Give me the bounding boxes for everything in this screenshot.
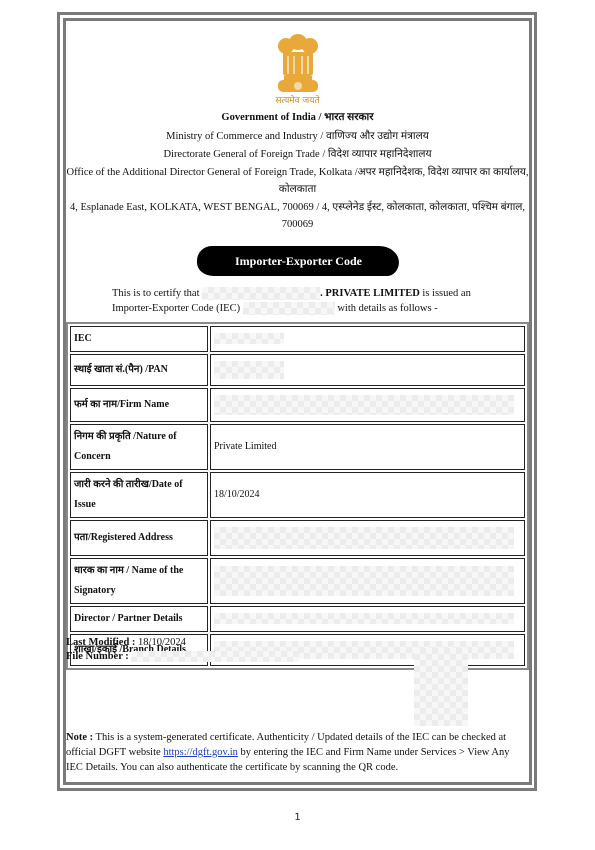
detail-label: स्थाई खाता सं.(पैन) /PAN bbox=[70, 354, 208, 386]
certificate-footer-meta: Last Modified : 18/10/2024 File Number : bbox=[66, 636, 299, 664]
detail-label: निगम की प्रकृति /Nature of Concern bbox=[70, 424, 208, 470]
office-line-1: Office of the Additional Director Genera… bbox=[63, 166, 532, 180]
emblem-motto: सत्यमेव जयते bbox=[0, 93, 595, 106]
file-number: File Number : bbox=[66, 650, 299, 664]
redacted-value bbox=[214, 566, 514, 596]
detail-value bbox=[210, 354, 525, 386]
redacted-iec-number bbox=[243, 302, 335, 315]
table-row: स्थाई खाता सं.(पैन) /PAN bbox=[70, 354, 525, 386]
table-row: IEC bbox=[70, 326, 525, 352]
iec-details-table: IECस्थाई खाता सं.(पैन) /PANफर्म का नाम/F… bbox=[66, 322, 529, 670]
address-line-1: 4, Esplanade East, KOLKATA, WEST BENGAL,… bbox=[63, 201, 532, 215]
table-row: पता/Registered Address bbox=[70, 520, 525, 556]
office-line-2: कोलकाता bbox=[63, 183, 532, 197]
dgft-website-link[interactable]: https://dgft.gov.in bbox=[163, 747, 238, 758]
redacted-file-number bbox=[131, 651, 299, 662]
redacted-company-name bbox=[202, 287, 320, 300]
detail-value bbox=[210, 558, 525, 604]
detail-label: Director / Partner Details bbox=[70, 606, 208, 632]
ministry-line: Ministry of Commerce and Industry / वाणि… bbox=[63, 130, 532, 144]
detail-value bbox=[210, 520, 525, 556]
detail-value: 18/10/2024 bbox=[210, 472, 525, 518]
detail-label: जारी करने की तारीख/Date of Issue bbox=[70, 472, 208, 518]
detail-label: पता/Registered Address bbox=[70, 520, 208, 556]
redacted-value bbox=[214, 395, 514, 415]
table-row: निगम की प्रकृति /Nature of ConcernPrivat… bbox=[70, 424, 525, 470]
detail-label: IEC bbox=[70, 326, 208, 352]
verification-note: Note : This is a system-generated certif… bbox=[66, 730, 526, 775]
table-row: जारी करने की तारीख/Date of Issue18/10/20… bbox=[70, 472, 525, 518]
table-row: फर्म का नाम/Firm Name bbox=[70, 388, 525, 422]
page-number: 1 bbox=[0, 812, 595, 823]
certificate-title-banner: Importer-Exporter Code bbox=[196, 246, 399, 276]
qr-code-icon bbox=[414, 648, 468, 726]
certification-statement: This is to certify that . PRIVATE LIMITE… bbox=[112, 286, 492, 316]
detail-value: Private Limited bbox=[210, 424, 525, 470]
redacted-value bbox=[214, 333, 284, 344]
detail-label: धारक का नाम / Name of the Signatory bbox=[70, 558, 208, 604]
table-row: Director / Partner Details bbox=[70, 606, 525, 632]
address-line-2: 700069 bbox=[63, 218, 532, 232]
detail-value bbox=[210, 606, 525, 632]
certificate-title: Importer-Exporter Code bbox=[235, 246, 362, 276]
table-row: धारक का नाम / Name of the Signatory bbox=[70, 558, 525, 604]
redacted-value bbox=[214, 361, 284, 379]
directorate-line: Directorate General of Foreign Trade / व… bbox=[63, 148, 532, 162]
last-modified: Last Modified : 18/10/2024 bbox=[66, 636, 299, 650]
detail-value bbox=[210, 326, 525, 352]
government-heading: Government of India / भारत सरकार bbox=[63, 111, 532, 125]
redacted-value bbox=[214, 613, 514, 624]
detail-label: फर्म का नाम/Firm Name bbox=[70, 388, 208, 422]
redacted-value bbox=[214, 527, 514, 549]
detail-value bbox=[210, 388, 525, 422]
